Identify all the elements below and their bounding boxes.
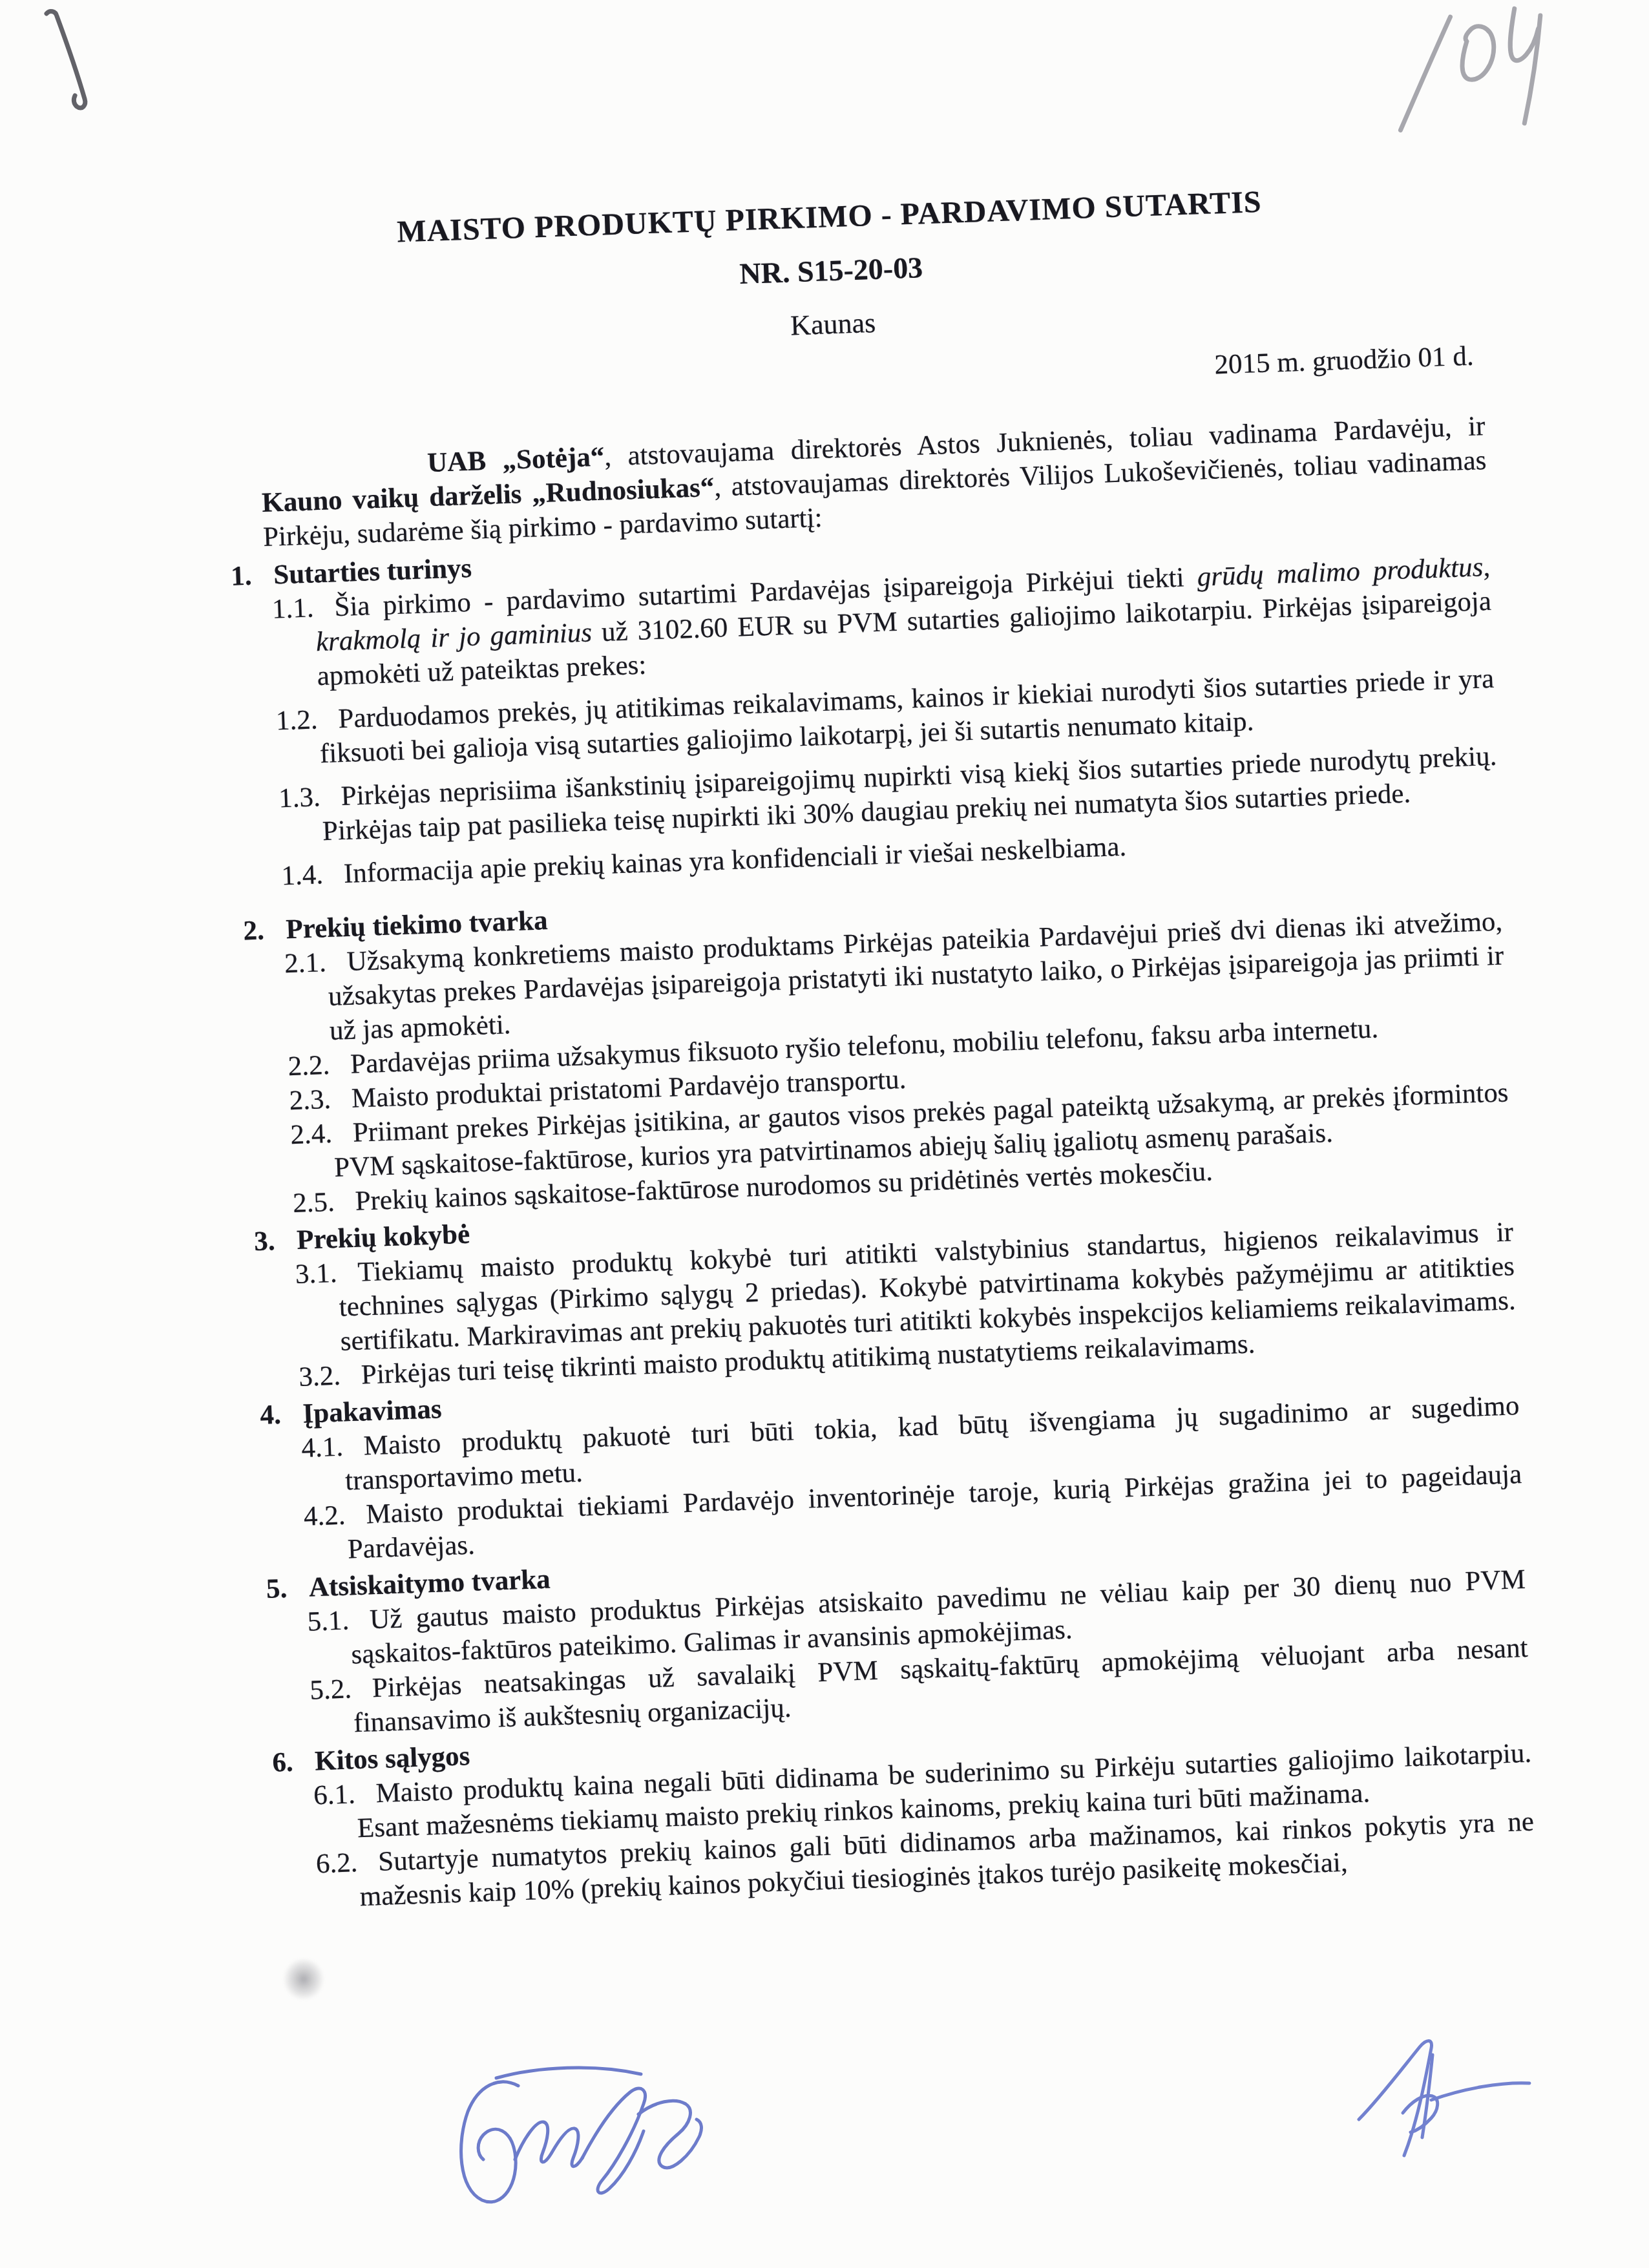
- section-title: Įpakavimas: [302, 1394, 443, 1429]
- clause-number: 5.2.: [310, 1674, 352, 1705]
- section-number: 3.: [253, 1223, 297, 1259]
- section-title: Prekių kokybė: [296, 1219, 470, 1255]
- clause-number: 3.2.: [299, 1361, 341, 1392]
- clause-number: 6.2.: [315, 1847, 358, 1879]
- seller-name: UAB „Sotėja“: [427, 442, 605, 479]
- clause-number: 5.1.: [307, 1605, 350, 1637]
- clause-number: 1.2.: [275, 704, 318, 736]
- clause-number: 2.5.: [292, 1187, 335, 1219]
- clause-number: 1.3.: [278, 782, 321, 814]
- section-number: 1.: [230, 558, 274, 594]
- clause-number: 2.2.: [288, 1050, 330, 1082]
- section-sutarties-turinys: 1.Sutarties turinys 1.1.Šia pirkimo - pa…: [264, 516, 1500, 894]
- clause-number: 3.1.: [295, 1258, 337, 1290]
- scan-smudge-artifact: [283, 1958, 324, 2000]
- clause-number: 4.1.: [301, 1432, 344, 1464]
- scanned-contract-page: MAISTO PRODUKTŲ PIRKIMO - PARDAVIMO SUTA…: [0, 0, 1649, 2268]
- corner-pen-stroke-mark: [19, 3, 129, 132]
- section-prekiu-tiekimo-tvarka: 2.Prekių tiekimo tvarka 2.1.Užsakymą kon…: [277, 870, 1511, 1221]
- section-number: 6.: [271, 1744, 315, 1780]
- section-title: Kitos sąlygos: [315, 1741, 471, 1776]
- clause-number: 4.2.: [303, 1500, 346, 1532]
- clause-number: 2.1.: [284, 947, 326, 979]
- handwritten-page-number: [1377, 0, 1589, 151]
- signature-seller-ink: [439, 2061, 743, 2229]
- contract-body: MAISTO PRODUKTŲ PIRKIMO - PARDAVIMO SUTA…: [252, 176, 1536, 1916]
- clause-number: 6.1.: [313, 1779, 355, 1811]
- clause-number: 1.4.: [281, 859, 324, 891]
- clause-number: 2.3.: [289, 1084, 331, 1116]
- section-number: 5.: [266, 1571, 310, 1606]
- signature-buyer-ink: [1341, 2029, 1541, 2178]
- section-number: 4.: [260, 1397, 304, 1433]
- clause-number: 1.1.: [271, 593, 314, 624]
- section-number: 2.: [243, 912, 287, 948]
- section-title: Sutarties turinys: [273, 553, 472, 591]
- clause-number: 2.4.: [290, 1118, 333, 1150]
